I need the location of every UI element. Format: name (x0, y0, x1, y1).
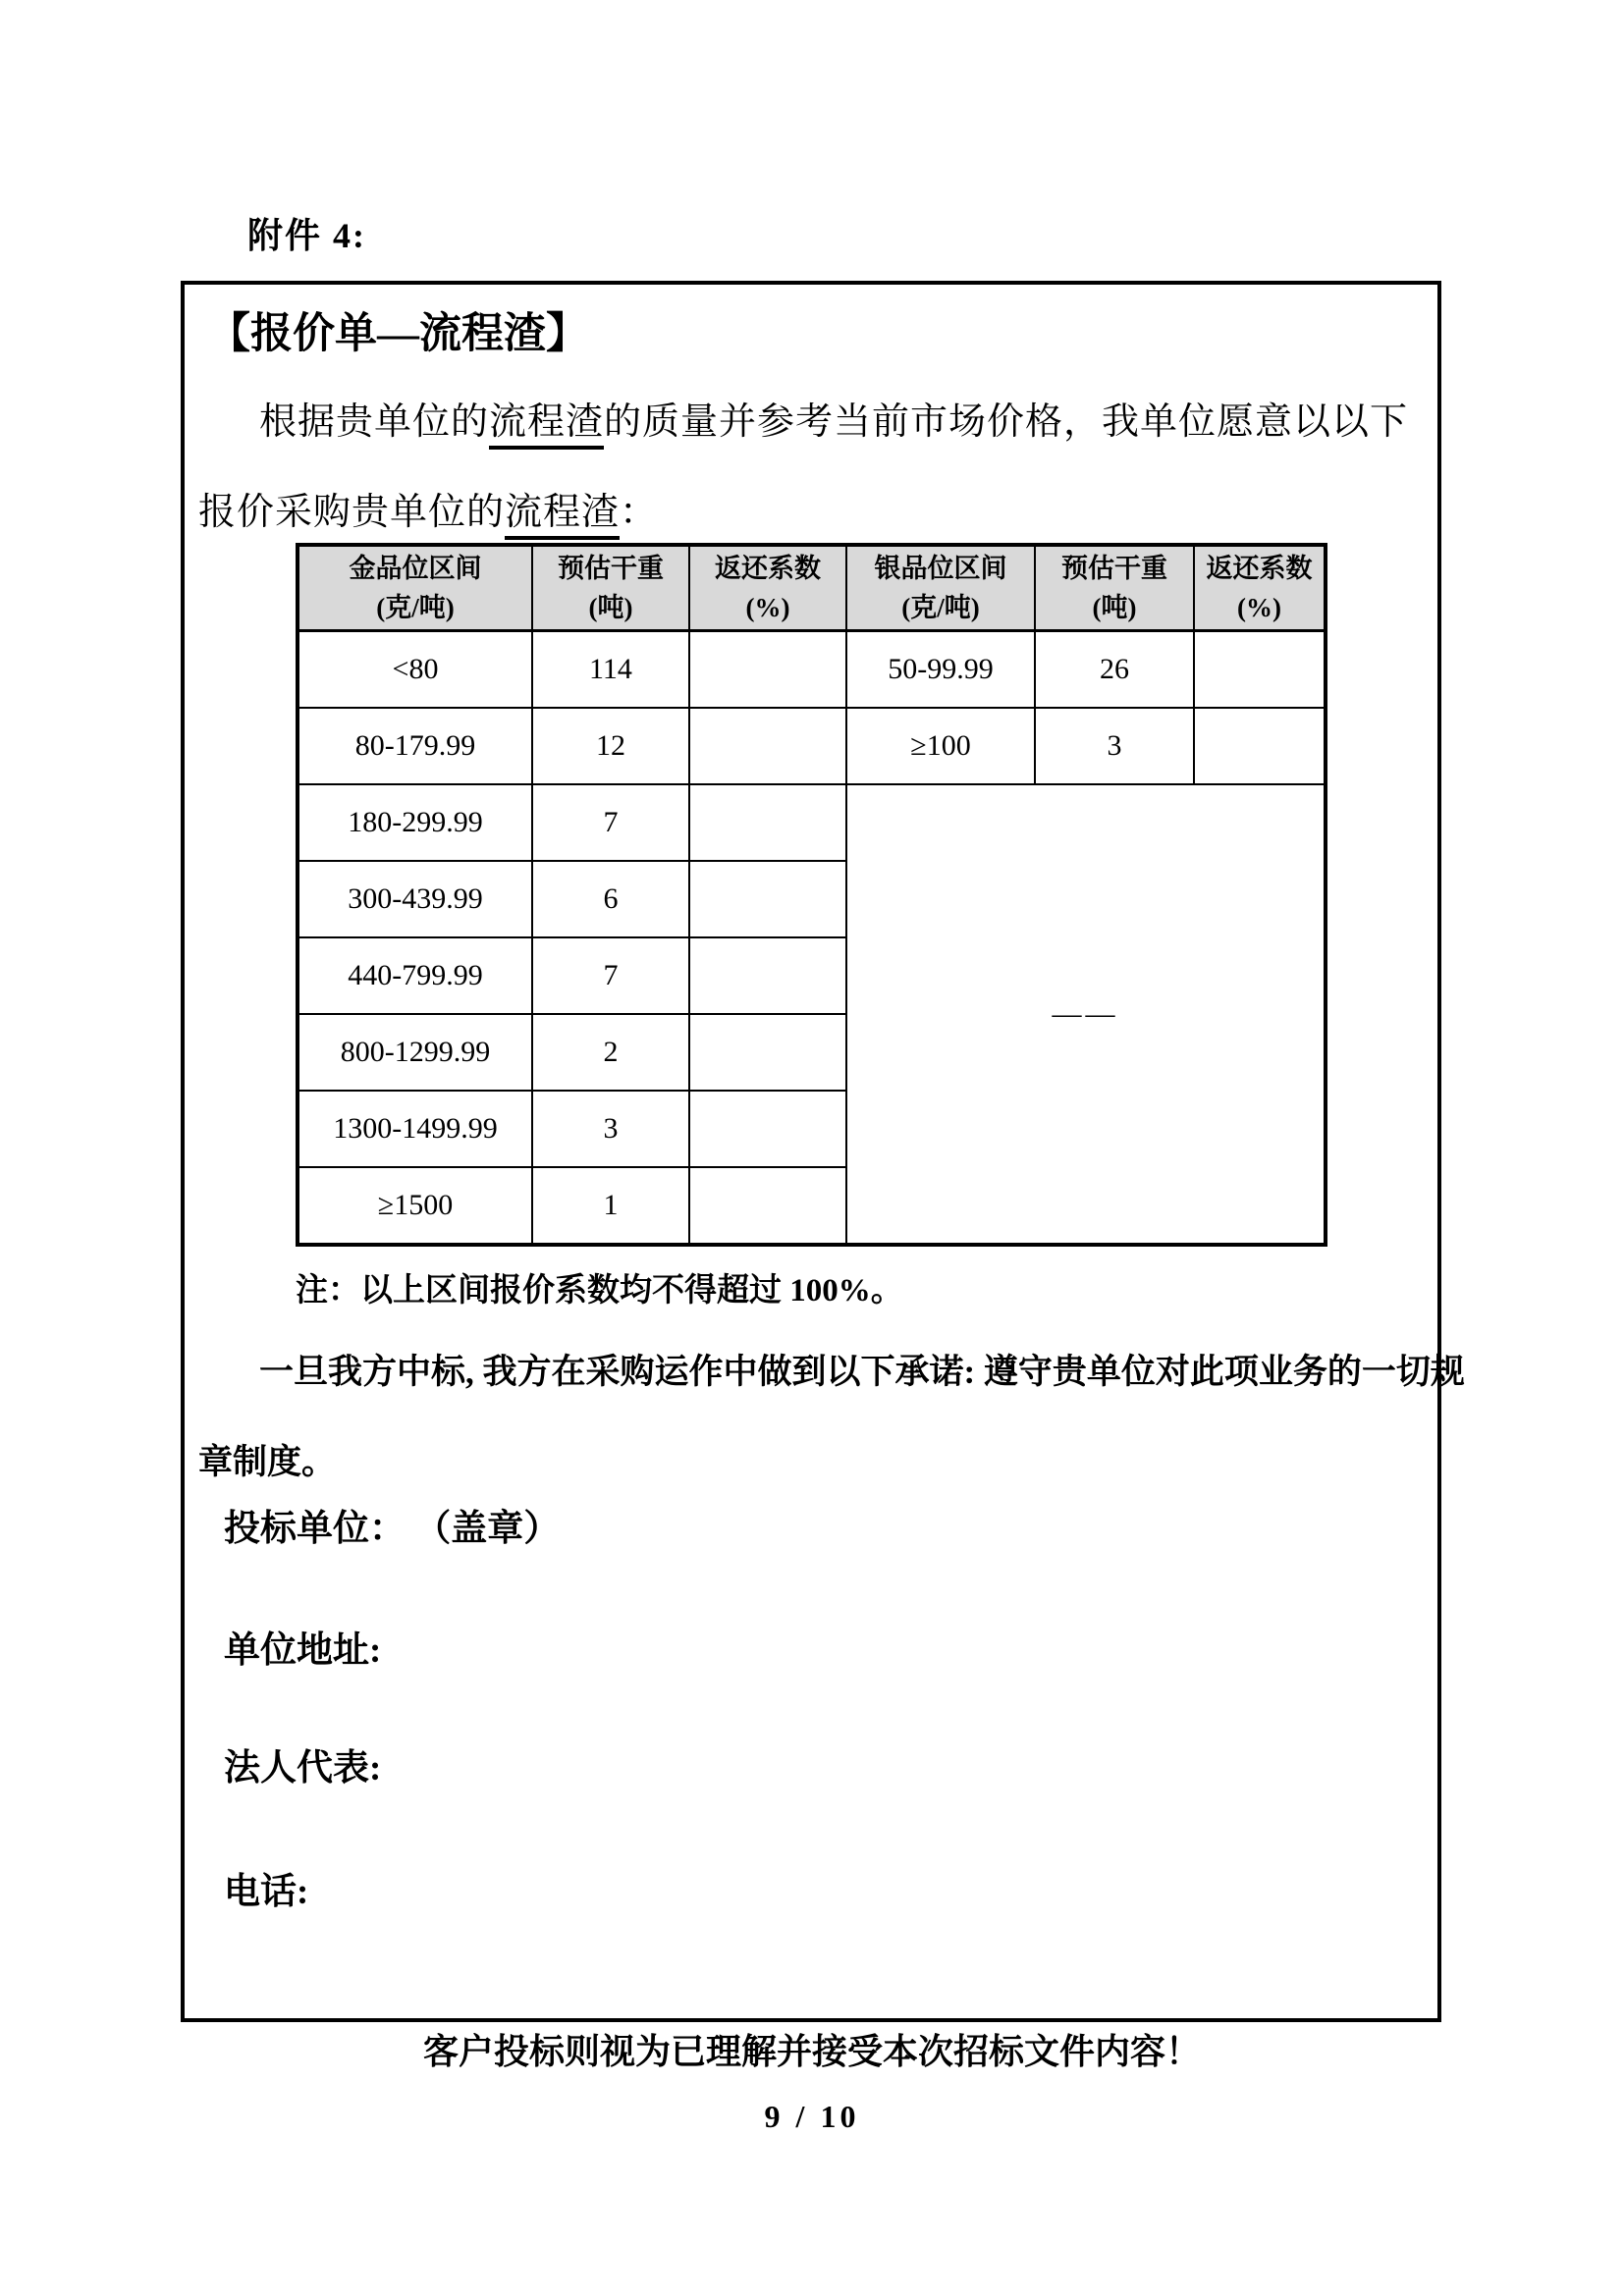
cell-gold-weight: 7 (532, 937, 689, 1014)
cell-gold-coef-blank (689, 1167, 846, 1245)
cell-silver-range: ≥100 (846, 708, 1035, 784)
header-gold-est-dry-weight: 预估干重(吨) (532, 545, 689, 631)
phone-field-label: 电话: (224, 1861, 308, 1914)
table-row: <80 114 50-99.99 26 (298, 631, 1326, 709)
header-gold-return-coef: 返还系数(%) (689, 545, 846, 631)
pledge-line-2: 章制度。 (198, 1417, 1428, 1508)
cell-gold-range: 180-299.99 (298, 784, 532, 861)
cell-silver-merged-placeholder: —— (846, 784, 1326, 1245)
cell-silver-weight: 26 (1035, 631, 1194, 709)
header-label: 银品位区间 (875, 554, 1007, 583)
header-silver-est-dry-weight: 预估干重(吨) (1035, 545, 1194, 631)
header-label: 金品位区间 (350, 554, 482, 583)
header-label: 返还系数 (715, 554, 821, 583)
quotation-table: 金品位区间(克/吨) 预估干重(吨) 返还系数(%) 银品位区间(克/吨) 预估… (296, 543, 1327, 1247)
quotation-box: 【报价单—流程渣】 根据贵单位的流程渣的质量并参考当前市场价格，我单位愿意以以下… (181, 281, 1441, 2022)
cell-gold-coef-blank (689, 861, 846, 937)
cell-gold-range: 800-1299.99 (298, 1014, 532, 1091)
intro-text: ： (620, 492, 658, 533)
cell-gold-coef-blank (689, 708, 846, 784)
table-header-row: 金品位区间(克/吨) 预估干重(吨) 返还系数(%) 银品位区间(克/吨) 预估… (298, 545, 1326, 631)
intro-text: 根据贵单位的 (259, 401, 489, 443)
cell-gold-weight: 1 (532, 1167, 689, 1245)
header-label: 返还系数 (1207, 554, 1313, 583)
header-label: 预估干重 (558, 554, 664, 583)
table-row: 180-299.99 7 —— (298, 784, 1326, 861)
header-label: 预估干重 (1061, 554, 1167, 583)
header-silver-return-coef: 返还系数(%) (1194, 545, 1326, 631)
intro-text: 报价采购贵单位的 (198, 492, 505, 533)
cell-gold-coef-blank (689, 937, 846, 1014)
bidder-field-label: 投标单位： （盖章） (224, 1498, 560, 1551)
legal-rep-field-label: 法人代表: (224, 1737, 381, 1790)
quotation-title: 【报价单—流程渣】 (208, 300, 588, 360)
intro-text: 的质量并参考当前市场价格，我单位愿意以以下 (604, 401, 1408, 443)
cell-gold-coef-blank (689, 1091, 846, 1167)
cell-gold-coef-blank (689, 631, 846, 709)
header-unit: (%) (746, 593, 790, 622)
pledge-line-1: 一旦我方中标, 我方在采购运作中做到以下承诺: 遵守贵单位对此项业务的一切规 (198, 1327, 1428, 1417)
cell-silver-coef-blank (1194, 631, 1326, 709)
cell-silver-coef-blank (1194, 708, 1326, 784)
header-unit: (克/吨) (901, 593, 979, 622)
header-unit: (%) (1237, 593, 1281, 622)
cell-gold-weight: 6 (532, 861, 689, 937)
cell-gold-coef-blank (689, 1014, 846, 1091)
cell-gold-coef-blank (689, 784, 846, 861)
cell-gold-range: 300-439.99 (298, 861, 532, 937)
header-gold-grade-range: 金品位区间(克/吨) (298, 545, 532, 631)
document-page: 附件 4: 【报价单—流程渣】 根据贵单位的流程渣的质量并参考当前市场价格，我单… (0, 0, 1624, 2296)
header-unit: (克/吨) (376, 593, 454, 622)
cell-gold-weight: 12 (532, 708, 689, 784)
page-number: 9 / 10 (0, 2099, 1624, 2135)
attachment-label: 附件 4: (247, 208, 366, 258)
cell-gold-weight: 3 (532, 1091, 689, 1167)
intro-paragraph: 根据贵单位的流程渣的质量并参考当前市场价格，我单位愿意以以下 报价采购贵单位的流… (198, 377, 1428, 558)
cell-gold-weight: 2 (532, 1014, 689, 1091)
header-unit: (吨) (1093, 593, 1137, 622)
intro-line-1: 根据贵单位的流程渣的质量并参考当前市场价格，我单位愿意以以下 (198, 377, 1428, 467)
cell-silver-range: 50-99.99 (846, 631, 1035, 709)
underlined-term: 流程渣 (505, 492, 620, 540)
header-unit: (吨) (589, 593, 633, 622)
footer-notice: 客户投标则视为已理解并接受本次招标文件内容！ (0, 2024, 1624, 2074)
table-row: 80-179.99 12 ≥100 3 (298, 708, 1326, 784)
cell-gold-weight: 7 (532, 784, 689, 861)
cell-gold-range: <80 (298, 631, 532, 709)
pledge-paragraph: 一旦我方中标, 我方在采购运作中做到以下承诺: 遵守贵单位对此项业务的一切规 章… (198, 1327, 1428, 1508)
cell-gold-range: 80-179.99 (298, 708, 532, 784)
address-field-label: 单位地址: (224, 1620, 381, 1673)
underlined-term: 流程渣 (489, 401, 604, 450)
cell-gold-range: 1300-1499.99 (298, 1091, 532, 1167)
table-note: 注：以上区间报价系数均不得超过 100%。 (296, 1264, 903, 1310)
cell-gold-range: ≥1500 (298, 1167, 532, 1245)
cell-gold-range: 440-799.99 (298, 937, 532, 1014)
header-silver-grade-range: 银品位区间(克/吨) (846, 545, 1035, 631)
cell-gold-weight: 114 (532, 631, 689, 709)
cell-silver-weight: 3 (1035, 708, 1194, 784)
